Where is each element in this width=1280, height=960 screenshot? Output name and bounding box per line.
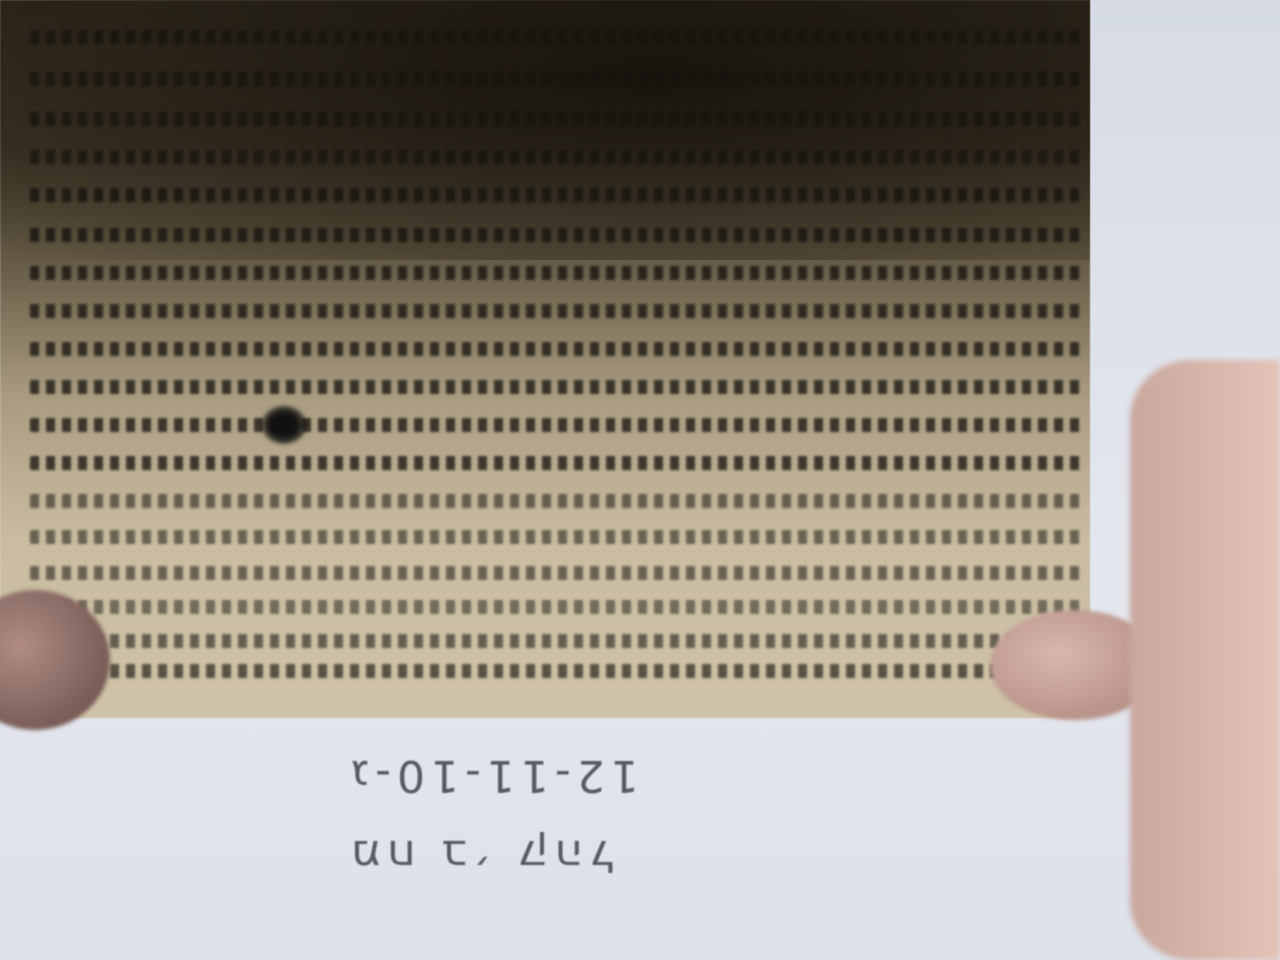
right-hand [1130,360,1280,960]
scroll-hole [262,406,306,444]
handwritten-note-line1: ג-12-11-10 [345,750,639,801]
handwritten-note-line2: מח ב׳ קהל [345,830,614,881]
hebrew-text-block [30,0,1080,700]
